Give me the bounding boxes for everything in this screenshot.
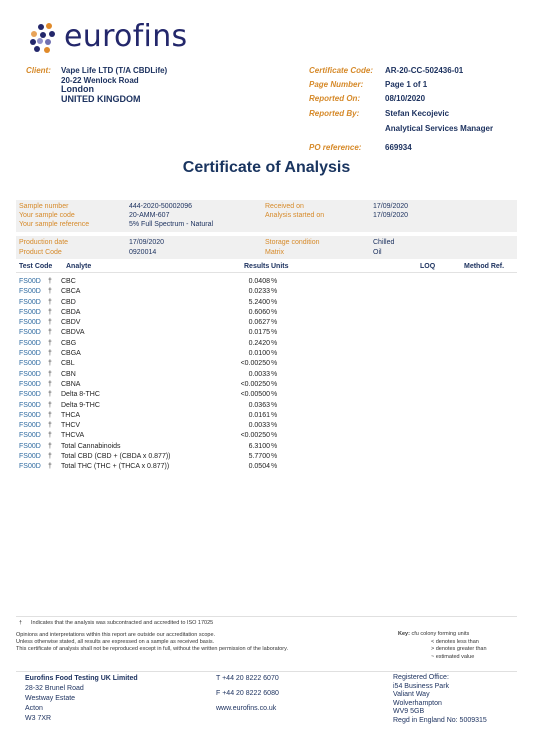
test-code: FS00D: [19, 452, 41, 462]
result-unit: %: [271, 401, 277, 411]
result-value: 6.3100: [249, 442, 270, 452]
received-on: 17/09/2020: [373, 202, 408, 211]
dagger-icon: †: [48, 431, 52, 441]
matrix: Oil: [373, 248, 382, 257]
sample-info-panel: Sample number 444-2020-50002096 Your sam…: [16, 200, 517, 232]
footer-phone: T +44 20 8222 6070: [216, 674, 279, 684]
table-row: FS00D†Delta 9-THC0.0363%: [16, 401, 517, 411]
product-code: 0920014: [129, 248, 156, 257]
footer-divider: [16, 671, 517, 672]
footer-registered-office: Registered Office: i54 Business Park Val…: [393, 674, 487, 725]
certificate-code: AR-20-CC-502436-01: [385, 66, 463, 75]
footer-company: Eurofins Food Testing UK Limited 28-32 B…: [25, 674, 138, 724]
test-code: FS00D: [19, 390, 41, 400]
reported-on-row: Reported On: 08/10/2020: [309, 94, 529, 106]
result-value: 0.0033: [249, 370, 270, 380]
test-code: FS00D: [19, 462, 41, 472]
page-number: Page 1 of 1: [385, 80, 427, 89]
dagger-icon: †: [48, 277, 52, 287]
result-unit: %: [271, 287, 277, 297]
divider: [16, 616, 517, 617]
reported-by-title: Analytical Services Manager: [385, 124, 493, 133]
test-code: FS00D: [19, 328, 41, 338]
dagger-icon: †: [48, 411, 52, 421]
result-unit: %: [271, 318, 277, 328]
po-reference-row: PO reference: 669934: [309, 143, 529, 155]
result-value: 0.0175: [249, 328, 270, 338]
header-results: Results: [244, 263, 269, 270]
dagger-icon: †: [48, 462, 52, 472]
po-reference: 669934: [385, 143, 412, 152]
dagger-icon: †: [48, 318, 52, 328]
table-row: FS00D†Total THC (THC + (THCA x 0.877))0.…: [16, 462, 517, 472]
result-value: 0.6060: [249, 308, 270, 318]
disclaimer: Opinions and interpretations within this…: [16, 632, 288, 653]
client-name: Vape Life LTD (T/A CBDLife): [61, 66, 167, 76]
analyte: CBNA: [61, 380, 80, 390]
result-value: <0.00500: [241, 390, 270, 400]
analyte: CBN: [61, 370, 76, 380]
analyte: CBDVA: [61, 328, 85, 338]
client-address: Vape Life LTD (T/A CBDLife) 20-22 Wenloc…: [61, 66, 167, 104]
result-unit: %: [271, 308, 277, 318]
storage-condition: Chilled: [373, 238, 394, 247]
header-loq: LOQ: [420, 263, 435, 270]
certificate-code-row: Certificate Code: AR-20-CC-502436-01: [309, 66, 529, 78]
analyte: Total THC (THC + (THCA x 0.877)): [61, 462, 169, 472]
analyte: Delta 9-THC: [61, 401, 100, 411]
analyte: CBG: [61, 339, 76, 349]
analyte: CBD: [61, 298, 76, 308]
result-unit: %: [271, 380, 277, 390]
analyte: CBC: [61, 277, 76, 287]
result-unit: %: [271, 452, 277, 462]
test-code: FS00D: [19, 277, 41, 287]
footer-fax: F +44 20 8222 6080: [216, 689, 279, 699]
table-row: FS00D†CBNA<0.00250%: [16, 380, 517, 390]
result-value: <0.00250: [241, 359, 270, 369]
result-value: 5.7700: [249, 452, 270, 462]
table-row: FS00D†CBGA0.0100%: [16, 349, 517, 359]
dagger-icon: †: [48, 401, 52, 411]
dagger-icon: †: [48, 380, 52, 390]
result-value: 0.0233: [249, 287, 270, 297]
result-unit: %: [271, 328, 277, 338]
test-code: FS00D: [19, 442, 41, 452]
test-code: FS00D: [19, 359, 41, 369]
table-row: FS00D†CBDA0.6060%: [16, 308, 517, 318]
production-date: 17/09/2020: [129, 238, 164, 247]
client-label: Client:: [26, 66, 51, 75]
header-analyte: Analyte: [66, 263, 91, 270]
result-value: 5.2400: [249, 298, 270, 308]
dagger-icon: †: [48, 349, 52, 359]
result-unit: %: [271, 421, 277, 431]
result-value: 0.0627: [249, 318, 270, 328]
test-code: FS00D: [19, 380, 41, 390]
test-code: FS00D: [19, 401, 41, 411]
result-unit: %: [271, 298, 277, 308]
dagger-icon: †: [48, 287, 52, 297]
result-unit: %: [271, 431, 277, 441]
test-code: FS00D: [19, 411, 41, 421]
analyte: THCV: [61, 421, 80, 431]
footer-contact: T +44 20 8222 6070 F +44 20 8222 6080 ww…: [216, 674, 279, 714]
key-legend: Key: cfu colony forming units < denotes …: [398, 631, 487, 661]
result-value: 0.0504: [249, 462, 270, 472]
table-row: FS00D†Total Cannabinoids6.3100%: [16, 442, 517, 452]
test-code: FS00D: [19, 308, 41, 318]
analyte: Total Cannabinoids: [61, 442, 121, 452]
product-info-panel: Production date 17/09/2020 Product Code …: [16, 236, 517, 259]
table-row: FS00D†CBDVA0.0175%: [16, 328, 517, 338]
sample-reference: 5% Full Spectrum - Natural: [129, 220, 213, 229]
reported-by-row: Reported By: Stefan Kecojevic: [309, 109, 529, 121]
table-row: FS00D†CBC0.0408%: [16, 277, 517, 287]
results-table-header: Test Code Analyte Results Units LOQ Meth…: [16, 262, 517, 273]
result-unit: %: [271, 359, 277, 369]
analyte: CBDV: [61, 318, 80, 328]
result-value: 0.0033: [249, 421, 270, 431]
test-code: FS00D: [19, 370, 41, 380]
result-unit: %: [271, 370, 277, 380]
reported-on: 08/10/2020: [385, 94, 425, 103]
dagger-note: Indicates that the analysis was subcontr…: [31, 620, 213, 627]
dagger-icon: †: [48, 328, 52, 338]
table-row: FS00D†CBCA0.0233%: [16, 287, 517, 297]
table-row: FS00D†THCVA<0.00250%: [16, 431, 517, 441]
dagger-icon: †: [48, 359, 52, 369]
result-value: <0.00250: [241, 431, 270, 441]
test-code: FS00D: [19, 318, 41, 328]
dagger-icon: †: [48, 452, 52, 462]
dagger-icon: †: [48, 421, 52, 431]
page-title: Certificate of Analysis: [0, 159, 533, 177]
test-code: FS00D: [19, 349, 41, 359]
result-value: 0.0363: [249, 401, 270, 411]
eurofins-logo: eurofins: [28, 22, 168, 56]
analyte: THCA: [61, 411, 80, 421]
table-row: FS00D†THCV0.0033%: [16, 421, 517, 431]
analyte: CBGA: [61, 349, 81, 359]
header-method-ref: Method Ref.: [464, 263, 504, 270]
table-row: FS00D†CBD5.2400%: [16, 298, 517, 308]
dagger-icon: †: [48, 339, 52, 349]
result-value: 0.0408: [249, 277, 270, 287]
logo-text: eurofins: [64, 19, 187, 54]
reported-by-title-row: Analytical Services Manager: [309, 124, 529, 136]
dagger-icon: †: [48, 370, 52, 380]
table-row: FS00D†THCA0.0161%: [16, 411, 517, 421]
dagger-icon: †: [19, 620, 22, 627]
footer-website[interactable]: www.eurofins.co.uk: [216, 704, 279, 714]
result-unit: %: [271, 349, 277, 359]
test-code: FS00D: [19, 431, 41, 441]
result-value: 0.2420: [249, 339, 270, 349]
result-unit: %: [271, 442, 277, 452]
reported-by: Stefan Kecojevic: [385, 109, 449, 118]
result-unit: %: [271, 411, 277, 421]
analyte: CBL: [61, 359, 75, 369]
client-country: UNITED KINGDOM: [61, 95, 167, 105]
sample-number: 444-2020-50002096: [129, 202, 192, 211]
table-row: FS00D†Total CBD (CBD + (CBDA x 0.877))5.…: [16, 452, 517, 462]
result-value: 0.0100: [249, 349, 270, 359]
sample-code: 20-AMM-607: [129, 211, 169, 220]
header-units: Units: [271, 263, 289, 270]
dagger-icon: †: [48, 390, 52, 400]
analyte: THCVA: [61, 431, 84, 441]
test-code: FS00D: [19, 287, 41, 297]
table-row: FS00D†CBL<0.00250%: [16, 359, 517, 369]
analyte: CBDA: [61, 308, 80, 318]
result-unit: %: [271, 339, 277, 349]
logo-dots-icon: [28, 22, 60, 54]
analyte: CBCA: [61, 287, 80, 297]
analyte: Delta 8-THC: [61, 390, 100, 400]
dagger-icon: †: [48, 442, 52, 452]
result-unit: %: [271, 277, 277, 287]
test-code: FS00D: [19, 421, 41, 431]
result-value: 0.0161: [249, 411, 270, 421]
header-test-code: Test Code: [19, 263, 52, 270]
analysis-started-on: 17/09/2020: [373, 211, 408, 220]
test-code: FS00D: [19, 339, 41, 349]
table-row: FS00D†Delta 8-THC<0.00500%: [16, 390, 517, 400]
dagger-icon: †: [48, 298, 52, 308]
table-row: FS00D†CBG0.2420%: [16, 339, 517, 349]
result-unit: %: [271, 390, 277, 400]
analyte: Total CBD (CBD + (CBDA x 0.877)): [61, 452, 171, 462]
table-row: FS00D†CBDV0.0627%: [16, 318, 517, 328]
result-unit: %: [271, 462, 277, 472]
results-table-body: FS00D†CBC0.0408%FS00D†CBCA0.0233%FS00D†C…: [16, 277, 517, 473]
dagger-icon: †: [48, 308, 52, 318]
result-value: <0.00250: [241, 380, 270, 390]
table-row: FS00D†CBN0.0033%: [16, 370, 517, 380]
page-number-row: Page Number: Page 1 of 1: [309, 80, 529, 92]
test-code: FS00D: [19, 298, 41, 308]
